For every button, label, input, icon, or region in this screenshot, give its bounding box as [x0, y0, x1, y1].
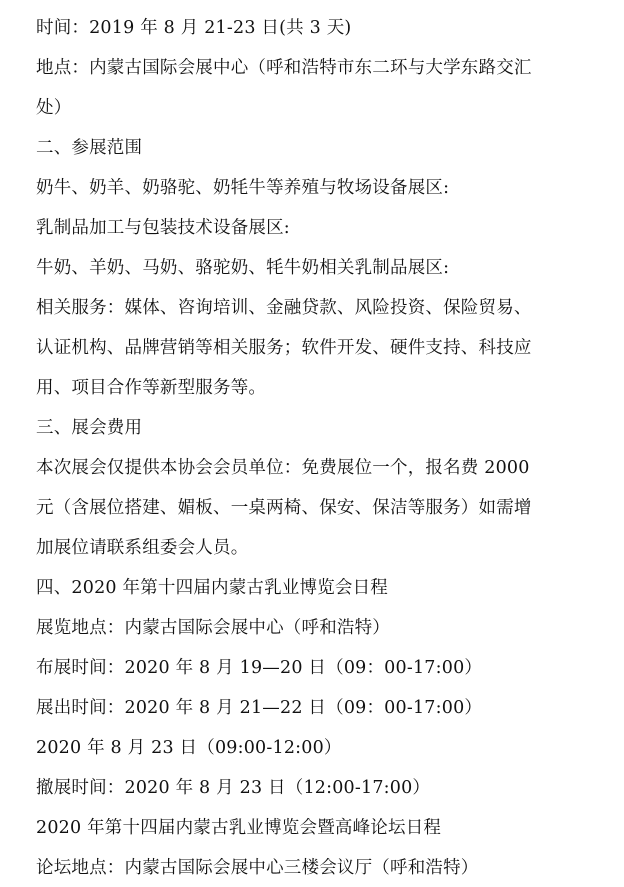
- forum-schedule-heading: 2020 年第十四届内蒙古乳业博览会暨高峰论坛日程: [36, 808, 604, 848]
- scope-item-dairy-products: 牛奶、羊奶、马奶、骆驼奶、牦牛奶相关乳制品展区:: [36, 248, 604, 288]
- scope-item-services: 相关服务：媒体、咨询培训、金融贷款、风险投资、保险贸易、: [36, 288, 604, 328]
- scope-item-breeding: 奶牛、奶羊、奶骆驼、奶牦牛等养殖与牧场设备展区:: [36, 168, 604, 208]
- document-body: 时间：2019 年 8 月 21-23 日(共 3 天) 地点：内蒙古国际会展中…: [36, 8, 604, 887]
- fees-paragraph: 本次展会仅提供本协会会员单位：免费展位一个，报名费 2000: [36, 448, 604, 488]
- section-heading-scope: 二、参展范围: [36, 128, 604, 168]
- scope-item-services-cont1: 认证机构、品牌营销等相关服务；软件开发、硬件支持、科技应: [36, 328, 604, 368]
- fees-paragraph-cont1: 元（含展位搭建、媚板、一桌两椅、保安、保洁等服务）如需增: [36, 488, 604, 528]
- schedule-teardown-time: 撤展时间：2020 年 8 月 23 日（12:00-17:00）: [36, 768, 604, 808]
- scope-item-services-cont2: 用、项目合作等新型服务等。: [36, 368, 604, 408]
- scope-item-processing: 乳制品加工与包装技术设备展区:: [36, 208, 604, 248]
- schedule-exhibition-time-day3: 2020 年 8 月 23 日（09:00-12:00）: [36, 728, 604, 768]
- event-location-line-cont: 处）: [36, 88, 604, 128]
- event-location-line: 地点：内蒙古国际会展中心（呼和浩特市东二环与大学东路交汇: [36, 48, 604, 88]
- event-time-line: 时间：2019 年 8 月 21-23 日(共 3 天): [36, 8, 604, 48]
- fees-paragraph-cont2: 加展位请联系组委会人员。: [36, 528, 604, 568]
- schedule-setup-time: 布展时间：2020 年 8 月 19—20 日（09：00-17:00）: [36, 648, 604, 688]
- section-heading-fees: 三、展会费用: [36, 408, 604, 448]
- forum-location: 论坛地点：内蒙古国际会展中心三楼会议厅（呼和浩特）: [36, 848, 604, 887]
- section-heading-schedule: 四、2020 年第十四届内蒙古乳业博览会日程: [36, 568, 604, 608]
- schedule-exhibition-time: 展出时间：2020 年 8 月 21—22 日（09：00-17:00）: [36, 688, 604, 728]
- schedule-location: 展览地点：内蒙古国际会展中心（呼和浩特）: [36, 608, 604, 648]
